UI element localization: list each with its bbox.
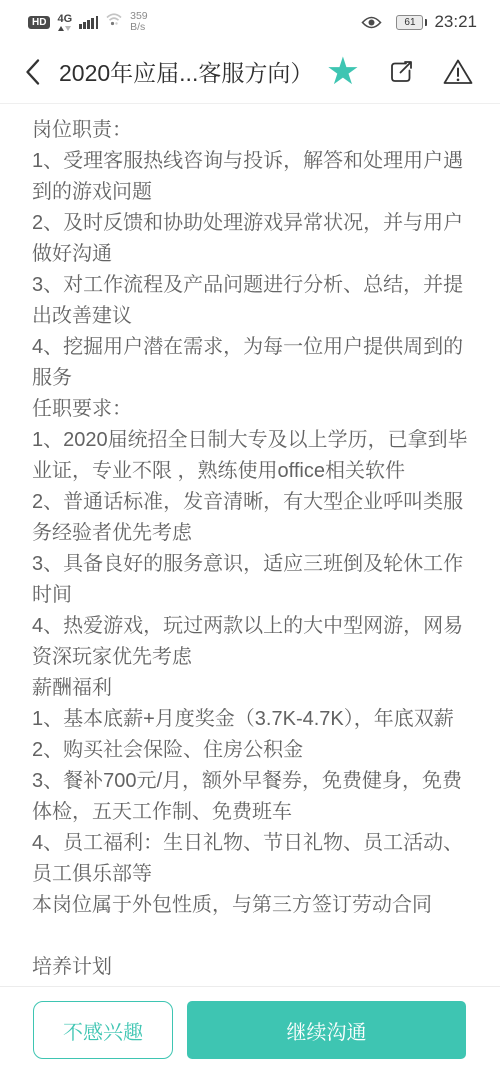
header-actions: ★ bbox=[326, 55, 474, 89]
job-description-line: 2、普通话标准，发音清晰，有大型企业呼叫类服 bbox=[32, 487, 472, 518]
share-icon bbox=[386, 57, 416, 87]
job-description-line: 务经验者优先考虑 bbox=[32, 518, 472, 549]
job-description-line: 岗位职责： bbox=[32, 115, 472, 146]
not-interested-button[interactable]: 不感兴趣 bbox=[33, 1001, 173, 1059]
hd-icon: HD bbox=[28, 16, 50, 29]
job-description-line: 1、2020届统招全日制大专及以上学历，已拿到毕 bbox=[32, 425, 472, 456]
job-description-line: 4、热爱游戏，玩过两款以上的大中型网游，网易 bbox=[32, 611, 472, 642]
network-4g-icon: 4G bbox=[57, 14, 72, 31]
updown-arrows-icon bbox=[58, 26, 71, 31]
job-description-line: 业证，专业不限 ，熟练使用office相关软件 bbox=[32, 456, 472, 487]
status-bar: HD 4G 359 B/s bbox=[0, 0, 500, 40]
star-icon: ★ bbox=[326, 55, 360, 89]
clock-time: 23:21 bbox=[434, 12, 477, 32]
continue-chat-button[interactable]: 继续沟通 bbox=[187, 1001, 466, 1059]
page-title: 2020年应届...客服方向） bbox=[59, 55, 326, 88]
job-description-line: 资深玩家优先考虑 bbox=[32, 642, 472, 673]
job-description-line: 3、具备良好的服务意识，适应三班倒及轮休工作 bbox=[32, 549, 472, 580]
job-description-line: 员工俱乐部等 bbox=[32, 859, 472, 890]
eye-comfort-icon bbox=[361, 15, 382, 30]
job-description-line: 2、及时反馈和协助处理游戏异常状况，并与用户 bbox=[32, 208, 472, 239]
report-button[interactable] bbox=[442, 57, 474, 87]
wifi-icon bbox=[106, 13, 122, 31]
job-description-line: 时间 bbox=[32, 580, 472, 611]
job-description-line: 到的游戏问题 bbox=[32, 177, 472, 208]
warning-triangle-icon bbox=[442, 57, 474, 87]
job-description[interactable]: 岗位职责：1、受理客服热线咨询与投诉，解答和处理用户遇到的游戏问题2、及时反馈和… bbox=[0, 104, 500, 983]
status-bar-right: 61 23:21 bbox=[361, 12, 477, 32]
favorite-button[interactable]: ★ bbox=[326, 55, 360, 89]
job-description-line: 1、基本底薪+月度奖金（3.7K-4.7K），年底双薪 bbox=[32, 704, 472, 735]
battery-nub bbox=[425, 19, 428, 26]
job-description-line: 任职要求： bbox=[32, 394, 472, 425]
battery-icon: 61 bbox=[396, 15, 427, 30]
network-speed: 359 B/s bbox=[130, 11, 148, 33]
job-description-line: 4、挖掘用户潜在需求，为每一位用户提供周到的 bbox=[32, 332, 472, 363]
job-description-line: 3、餐补700元/月，额外早餐券，免费健身，免费 bbox=[32, 766, 472, 797]
job-description-line bbox=[32, 921, 472, 952]
job-description-line: 4、员工福利：生日礼物、节日礼物、员工活动、 bbox=[32, 828, 472, 859]
job-description-line: 做好沟通 bbox=[32, 239, 472, 270]
battery-percent: 61 bbox=[396, 15, 423, 30]
job-description-line: 本岗位属于外包性质，与第三方签订劳动合同 bbox=[32, 890, 472, 921]
job-description-line: 2、购买社会保险、住房公积金 bbox=[32, 735, 472, 766]
network-label: 4G bbox=[57, 14, 72, 25]
back-button[interactable] bbox=[24, 54, 47, 90]
bottom-action-bar: 不感兴趣 继续沟通 bbox=[0, 986, 500, 1083]
share-button[interactable] bbox=[386, 57, 416, 87]
job-description-line: 培养计划 bbox=[32, 952, 472, 983]
signal-strength-icon bbox=[79, 15, 98, 29]
app-screen: HD 4G 359 B/s bbox=[0, 0, 500, 1083]
speed-unit: B/s bbox=[130, 22, 148, 33]
job-description-line: 3、对工作流程及产品问题进行分析、总结，并提 bbox=[32, 270, 472, 301]
back-chevron-icon bbox=[24, 58, 41, 86]
job-description-line: 薪酬福利 bbox=[32, 673, 472, 704]
job-description-line: 1、受理客服热线咨询与投诉，解答和处理用户遇 bbox=[32, 146, 472, 177]
status-bar-left: HD 4G 359 B/s bbox=[28, 11, 148, 33]
job-description-line: 服务 bbox=[32, 363, 472, 394]
job-description-line: 出改善建议 bbox=[32, 301, 472, 332]
title-bar: 2020年应届...客服方向） ★ bbox=[0, 40, 500, 104]
job-description-line: 体检，五天工作制、免费班车 bbox=[32, 797, 472, 828]
